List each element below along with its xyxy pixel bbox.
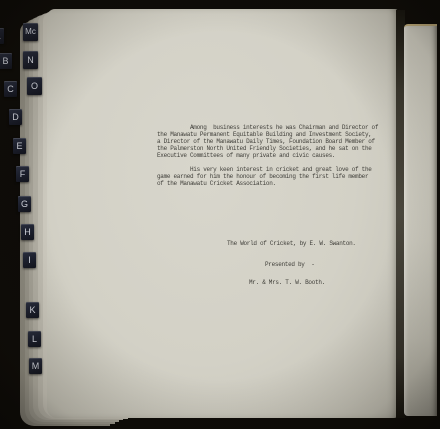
- index-tab-f: F: [16, 166, 29, 182]
- index-tab-g: G: [18, 196, 31, 212]
- presented-by-line: Presented by -: [265, 261, 315, 268]
- book-photo: Among business interests he was Chairman…: [0, 0, 440, 429]
- index-tab-m: M: [29, 358, 42, 374]
- index-tab-b: B: [0, 53, 12, 69]
- typed-paragraphs: Among business interests he was Chairman…: [157, 124, 395, 194]
- index-tab-a: A: [0, 28, 4, 44]
- index-tab-mc: Mc: [23, 23, 38, 41]
- paragraph-business-interests: Among business interests he was Chairman…: [157, 124, 395, 159]
- index-tab-l: L: [28, 331, 41, 347]
- presenters-names-line: Mr. & Mrs. T. W. Booth.: [249, 279, 325, 286]
- index-tab-n: N: [23, 51, 38, 69]
- book-title-line: The World of Cricket, by E. W. Swanton.: [227, 240, 356, 247]
- album-page: Among business interests he was Chairman…: [47, 9, 398, 418]
- index-tab-i: I: [23, 252, 36, 268]
- index-tab-h: H: [21, 224, 34, 240]
- index-tab-d: D: [9, 109, 22, 125]
- right-page-edge: [404, 24, 437, 416]
- paragraph-cricket-interest: His very keen interest in cricket and gr…: [157, 166, 395, 187]
- index-tab-k: K: [26, 302, 39, 318]
- index-tab-c: C: [4, 81, 17, 97]
- index-tab-o: O: [27, 77, 42, 95]
- index-tab-e: E: [13, 138, 26, 154]
